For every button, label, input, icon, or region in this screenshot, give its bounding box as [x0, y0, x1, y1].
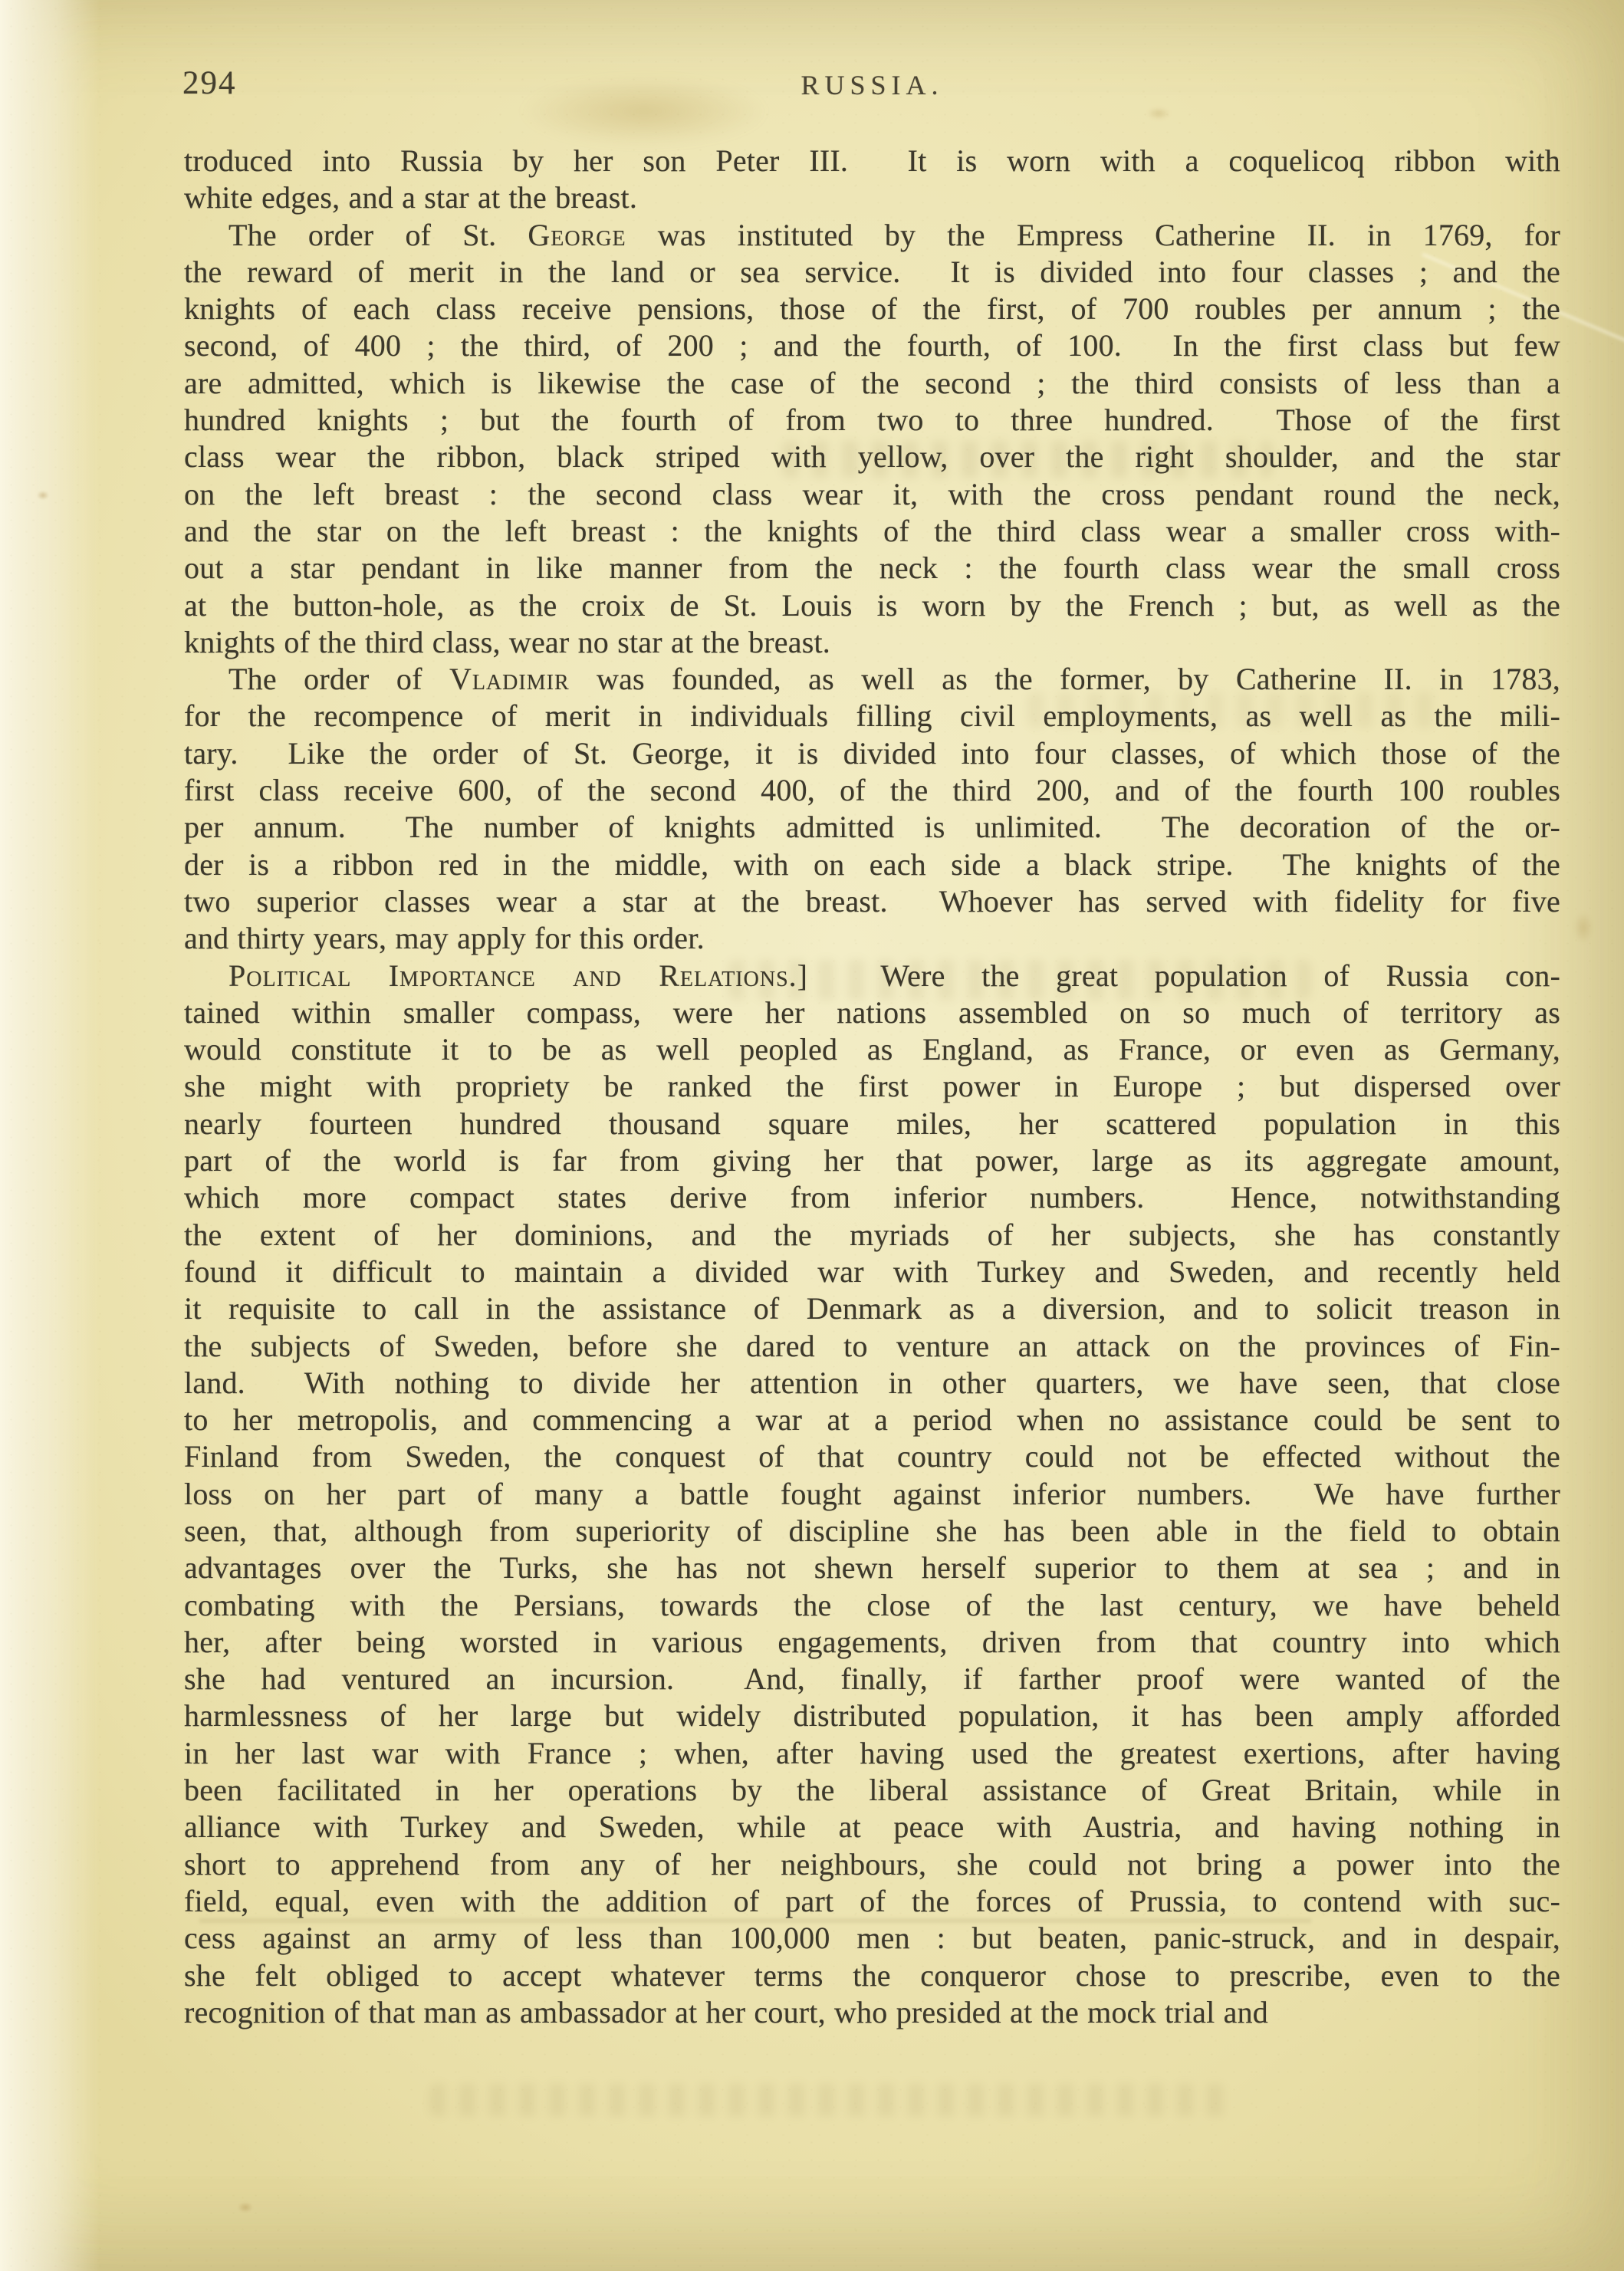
text-line: advantages over the Turks, she has not s…: [184, 1550, 1560, 1586]
text-segment: hundred knights ; but the fourth of from…: [184, 403, 1560, 437]
text-segment: combating with the Persians, towards the…: [184, 1588, 1560, 1622]
text-segment: on the left breast : the second class we…: [184, 477, 1560, 511]
text-segment: would constitute it to be as well people…: [184, 1032, 1560, 1066]
text-line: tained within smaller compass, were her …: [184, 994, 1560, 1031]
text-segment: cess against an army of less than 100,00…: [184, 1921, 1560, 1955]
foxing-spot: [1147, 107, 1170, 120]
text-line: nearly fourteen hundred thousand square …: [184, 1106, 1560, 1142]
text-segment: it requisite to call in the assistance o…: [184, 1291, 1560, 1326]
text-line: in her last war with France ; when, afte…: [184, 1735, 1560, 1772]
text-line: cess against an army of less than 100,00…: [184, 1920, 1560, 1957]
text-segment: Finland from Sweden, the conquest of tha…: [184, 1439, 1560, 1474]
text-line: would constitute it to be as well people…: [184, 1031, 1560, 1068]
text-line: short to apprehend from any of her neigh…: [184, 1846, 1560, 1883]
text-segment: out a star pendant in like manner from t…: [184, 550, 1560, 585]
text-segment: class wear the ribbon, black striped wit…: [184, 439, 1560, 474]
text-segment: knights of the third class, wear no star…: [184, 625, 830, 659]
text-line: are admitted, which is likewise the case…: [184, 365, 1560, 402]
text-segment: two superior classes wear a star at the …: [184, 884, 1560, 919]
text-line: second, of 400 ; the third, of 200 ; and…: [184, 327, 1560, 364]
text-line: for the recompence of merit in individua…: [184, 698, 1560, 735]
text-segment: she had ventured an incursion. And, fina…: [184, 1661, 1560, 1696]
text-line: to her metropolis, and commencing a war …: [184, 1402, 1560, 1438]
text-segment: land. With nothing to divide her attenti…: [184, 1366, 1560, 1400]
text-line: found it difficult to maintain a divided…: [184, 1254, 1560, 1290]
text-segment: in her last war with France ; when, afte…: [184, 1736, 1560, 1770]
text-segment: her, after being worsted in various enga…: [184, 1625, 1560, 1659]
text-line: and thirty years, may apply for this ord…: [184, 920, 1560, 957]
text-segment: Were the great population of Russia con-: [808, 958, 1560, 993]
text-line: her, after being worsted in various enga…: [184, 1624, 1560, 1661]
text-line: part of the world is far from giving her…: [184, 1142, 1560, 1179]
text-segment: harmlessness of her large but widely dis…: [184, 1698, 1560, 1733]
text-line: The order of Vladimir was founded, as we…: [184, 661, 1560, 698]
text-segment: she felt obliged to accept whatever term…: [184, 1958, 1560, 1993]
text-line: knights of each class receive pensions, …: [184, 291, 1560, 327]
text-line: land. With nothing to divide her attenti…: [184, 1365, 1560, 1402]
body-text: troduced into Russia by her son Peter II…: [184, 143, 1560, 2031]
text-line: she had ventured an incursion. And, fina…: [184, 1661, 1560, 1697]
text-line: class wear the ribbon, black striped wit…: [184, 439, 1560, 475]
text-segment: der is a ribbon red in the middle, with …: [184, 847, 1560, 882]
text-segment: the extent of her dominions, and the myr…: [184, 1218, 1560, 1252]
text-segment: loss on her part of many a battle fought…: [184, 1477, 1560, 1511]
text-segment: are admitted, which is likewise the case…: [184, 366, 1560, 400]
text-line: Finland from Sweden, the conquest of tha…: [184, 1438, 1560, 1475]
text-segment: first class receive 600, of the second 4…: [184, 773, 1560, 807]
text-segment: was instituted by the Empress Catherine …: [626, 218, 1560, 252]
text-line: der is a ribbon red in the middle, with …: [184, 846, 1560, 883]
small-caps-text: George: [528, 218, 626, 252]
small-caps-text: Political Importance and Relations.]: [228, 958, 808, 993]
page-background: 294 RUSSIA. troduced into Russia by her …: [0, 0, 1624, 2271]
text-segment: field, equal, even with the addition of …: [184, 1884, 1560, 1918]
text-segment: knights of each class receive pensions, …: [184, 291, 1560, 326]
text-line: been facilitated in her operations by th…: [184, 1772, 1560, 1809]
text-segment: to her metropolis, and commencing a war …: [184, 1402, 1560, 1437]
text-segment: was founded, as well as the former, by C…: [570, 662, 1560, 696]
text-line: she might with propriety be ranked the f…: [184, 1068, 1560, 1105]
text-segment: seen, that, although from superiority of…: [184, 1513, 1560, 1548]
text-line: field, equal, even with the addition of …: [184, 1883, 1560, 1920]
text-segment: for the recompence of merit in individua…: [184, 698, 1560, 733]
text-line: she felt obliged to accept whatever term…: [184, 1957, 1560, 1994]
text-segment: per annum. The number of knights admitte…: [184, 810, 1560, 844]
text-segment: advantages over the Turks, she has not s…: [184, 1550, 1560, 1585]
text-line: troduced into Russia by her son Peter II…: [184, 143, 1560, 179]
text-line: alliance with Turkey and Sweden, while a…: [184, 1809, 1560, 1845]
text-line: recognition of that man as ambassador at…: [184, 1994, 1560, 2031]
text-segment: and thirty years, may apply for this ord…: [184, 921, 705, 955]
text-segment: the subjects of Sweden, before she dared…: [184, 1329, 1560, 1363]
text-segment: white edges, and a star at the breast.: [184, 180, 637, 215]
text-line: The order of St. George was instituted b…: [184, 217, 1560, 254]
text-line: per annum. The number of knights admitte…: [184, 809, 1560, 846]
text-segment: recognition of that man as ambassador at…: [184, 1995, 1268, 2029]
text-segment: tained within smaller compass, were her …: [184, 995, 1560, 1030]
text-line: seen, that, although from superiority of…: [184, 1513, 1560, 1550]
foxing-spot: [37, 491, 49, 500]
text-segment: which more compact states derive from in…: [184, 1180, 1560, 1214]
text-line: which more compact states derive from in…: [184, 1179, 1560, 1216]
text-line: white edges, and a star at the breast.: [184, 179, 1560, 216]
small-caps-text: Vladimir: [449, 662, 570, 696]
text-segment: The order of: [228, 662, 449, 696]
text-segment: tary. Like the order of St. George, it i…: [184, 736, 1560, 771]
text-line: hundred knights ; but the fourth of from…: [184, 402, 1560, 439]
text-line: the extent of her dominions, and the myr…: [184, 1217, 1560, 1254]
text-line: combating with the Persians, towards the…: [184, 1587, 1560, 1624]
text-segment: The order of St.: [228, 218, 528, 252]
text-line: on the left breast : the second class we…: [184, 476, 1560, 513]
text-segment: found it difficult to maintain a divided…: [184, 1254, 1560, 1289]
scanned-book-page: { "colors": { "paper": "#eee6b6", "ink":…: [0, 0, 1624, 2271]
running-title: RUSSIA.: [184, 69, 1560, 101]
text-line: two superior classes wear a star at the …: [184, 883, 1560, 920]
foxing-spot: [238, 2202, 253, 2213]
text-line: and the star on the left breast : the kn…: [184, 513, 1560, 550]
text-line: out a star pendant in like manner from t…: [184, 550, 1560, 587]
text-segment: nearly fourteen hundred thousand square …: [184, 1106, 1560, 1141]
page-left-edge: [0, 0, 100, 2271]
text-line: harmlessness of her large but widely dis…: [184, 1697, 1560, 1734]
text-segment: short to apprehend from any of her neigh…: [184, 1847, 1560, 1882]
foxing-spot: [1573, 912, 1593, 943]
text-segment: troduced into Russia by her son Peter II…: [184, 143, 1560, 178]
text-segment: alliance with Turkey and Sweden, while a…: [184, 1809, 1560, 1844]
text-line: loss on her part of many a battle fought…: [184, 1476, 1560, 1513]
text-segment: at the button-hole, as the croix de St. …: [184, 588, 1560, 623]
text-segment: been facilitated in her operations by th…: [184, 1773, 1560, 1807]
text-line: Political Importance and Relations.] Wer…: [184, 958, 1560, 994]
text-segment: part of the world is far from giving her…: [184, 1143, 1560, 1178]
show-through-text: [429, 2084, 1227, 2116]
text-line: at the button-hole, as the croix de St. …: [184, 587, 1560, 624]
text-line: knights of the third class, wear no star…: [184, 624, 1560, 661]
text-line: it requisite to call in the assistance o…: [184, 1290, 1560, 1327]
text-segment: the reward of merit in the land or sea s…: [184, 255, 1560, 289]
text-segment: she might with propriety be ranked the f…: [184, 1069, 1560, 1103]
text-segment: second, of 400 ; the third, of 200 ; and…: [184, 328, 1560, 363]
text-line: the subjects of Sweden, before she dared…: [184, 1328, 1560, 1365]
text-segment: and the star on the left breast : the kn…: [184, 514, 1560, 548]
text-line: first class receive 600, of the second 4…: [184, 772, 1560, 809]
text-line: the reward of merit in the land or sea s…: [184, 254, 1560, 291]
text-line: tary. Like the order of St. George, it i…: [184, 735, 1560, 772]
